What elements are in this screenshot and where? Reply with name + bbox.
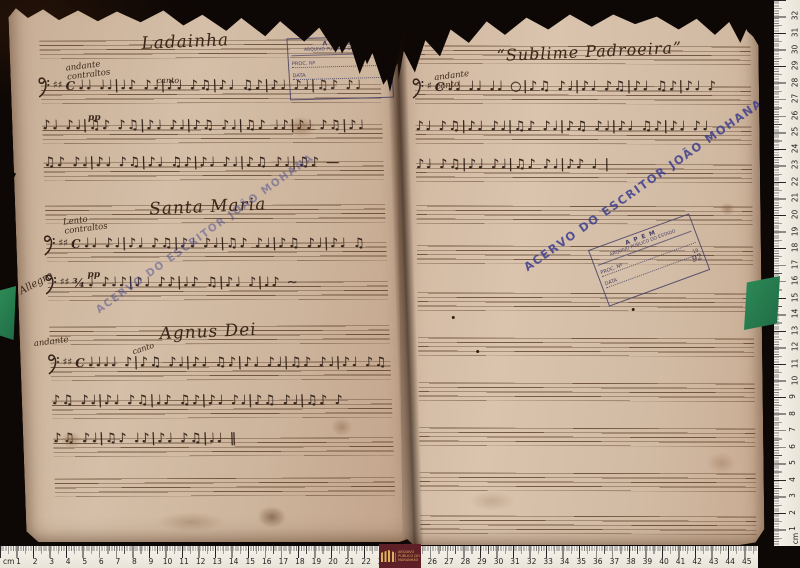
bass-clef-icon: [37, 76, 51, 100]
tempo-marking: Lento contraltos: [63, 213, 109, 236]
music-system: ♪♫ ♪♩|♫♪ ♩♪|♪♩ ♪♫|♩♩ ‖: [53, 431, 238, 446]
staff: [419, 427, 755, 447]
green-cloth-left: [0, 286, 16, 340]
stamp-handwritten-number: 92: [691, 252, 704, 264]
key-signature: ♯♯: [58, 238, 68, 249]
building-icon: [381, 550, 396, 562]
logo-line: MARANHÃO: [398, 558, 420, 562]
staff: [418, 292, 754, 312]
time-signature: C: [71, 237, 81, 251]
key-signature: ♯♯: [60, 277, 70, 288]
staff: [418, 337, 754, 357]
stain: [462, 488, 522, 514]
time-signature: C: [65, 79, 75, 93]
bass-clef-icon: [46, 353, 60, 377]
music-notes: ♩♩ ♪♩|♪♩ ♪♫|♪♩ ♪♩|♫♪ ♪♩|♪♫ ♪♩|♪♩ ♫: [83, 236, 366, 251]
ink-speck: [476, 350, 479, 353]
manuscript-scan: Ladainha canto andante contraltos pp ♯♯ …: [0, 0, 800, 568]
music-notes: ♪♩ ♪♫|♪♩ ♪♩|♫♪ ♪♩|♪♫ ♪♩|♪♩ ♫♪|♪♩ ♪♩: [415, 119, 710, 134]
music-notes: ♪♩ ♪♫|♪♩ ♪♩|♫♪ ♪♩|♪♪ ♩ |: [416, 157, 611, 172]
key-signature: ♯♯: [62, 357, 72, 368]
tempo-marking: andante: [33, 336, 69, 349]
key-signature: ♯♯: [53, 80, 63, 91]
stamp-field-proc: PROC. Nº: [292, 60, 316, 67]
bass-clef-icon: [43, 273, 57, 297]
music-notes: ♪♩ ♪♩|♫♪ ♪♫|♪♩ ♪♩|♪♫ ♪♩|♫♪ ♩♪|♪♩ ♪♫|♪♩: [42, 118, 366, 133]
ink-speck: [452, 316, 455, 319]
staff: [55, 477, 396, 497]
music-system: ♯♯ ¾ ♩ ♪♩♪|♪♩ ♪♪|♩♪ ♫|♪♩ ♪|♩♪ ~: [43, 275, 299, 297]
key-signature: ♯: [427, 81, 432, 92]
right-page: “Sublime Padroeira” andante canto ♯ C ♩♩…: [396, 8, 765, 545]
music-notes: ♩♩ ♩♩ ♩♩ ○|♪♫ ♪♩|♪♩ ♪♫|♪♩ ♫♪|♪♩ ♪: [447, 79, 717, 94]
music-notes: ♪♫ ♪♩|♪♩ ♪♫|♩♪ ♫♪|♪♩ ♪♩|♪♫ ♪♩|♫♪ ♪: [52, 393, 345, 408]
stain: [146, 509, 237, 535]
logo-text: ARQUIVO PÚBLICO DO MARANHÃO: [398, 550, 420, 562]
staff: [420, 472, 756, 492]
music-system: ♯ C ♩♩ ♩♩ ♩♩ ○|♪♫ ♪♩|♪♩ ♪♫|♪♩ ♫♪|♪♩ ♪: [411, 79, 718, 101]
time-signature: ¾: [72, 276, 85, 290]
stamp-field-proc: PROC. Nº: [600, 262, 624, 276]
ink-speck: [632, 308, 635, 311]
staff: [420, 515, 756, 535]
piece-title-ladainha: Ladainha: [141, 30, 230, 54]
time-signature: C: [435, 80, 445, 94]
music-system: ♯♯ C ♩♩♩♩ ♪|♪♫ ♪♩|♪♩ ♫♪|♪♩ ♪♩|♫♪ ♪♩|♪♩ ♪…: [46, 355, 388, 377]
music-notes: ♩♩♩♩ ♪|♪♫ ♪♩|♪♩ ♫♪|♪♩ ♪♩|♫♪ ♪♩|♪♩ ♪♫: [88, 355, 388, 370]
stamp-field-data: DATA: [293, 72, 306, 78]
music-system: ♪♩ ♪♩|♫♪ ♪♫|♪♩ ♪♩|♪♫ ♪♩|♫♪ ♩♪|♪♩ ♪♫|♪♩: [42, 118, 366, 133]
stamp-field-data: DATA: [604, 277, 618, 287]
bass-clef-icon: [411, 77, 424, 101]
music-system: ♪♩ ♪♫|♪♩ ♪♩|♫♪ ♪♩|♪♫ ♪♩|♪♩ ♫♪|♪♩ ♪♩: [415, 119, 710, 134]
vertical-ruler: cm12345678910111213141516171819202122232…: [774, 0, 800, 546]
left-page: Ladainha canto andante contraltos pp ♯♯ …: [8, 4, 415, 542]
bass-clef-icon: [42, 234, 56, 258]
archive-logo: ARQUIVO PÚBLICO DO MARANHÃO: [379, 544, 421, 568]
music-system: ♪♫ ♪♩|♪♩ ♪♫|♩♪ ♫♪|♪♩ ♪♩|♪♫ ♪♩|♫♪ ♪: [52, 393, 345, 408]
time-signature: C: [75, 356, 85, 370]
music-notes: ♪♫ ♪♩|♫♪ ♩♪|♪♩ ♪♫|♩♩ ‖: [53, 431, 238, 446]
staff: [419, 382, 755, 402]
music-system: ♪♩ ♪♫|♪♩ ♪♩|♫♪ ♪♩|♪♪ ♩ |: [416, 157, 611, 172]
stain: [251, 502, 292, 532]
piece-title-agnus-dei: Agnus Dei: [159, 320, 258, 344]
green-cloth-right: [744, 276, 780, 330]
